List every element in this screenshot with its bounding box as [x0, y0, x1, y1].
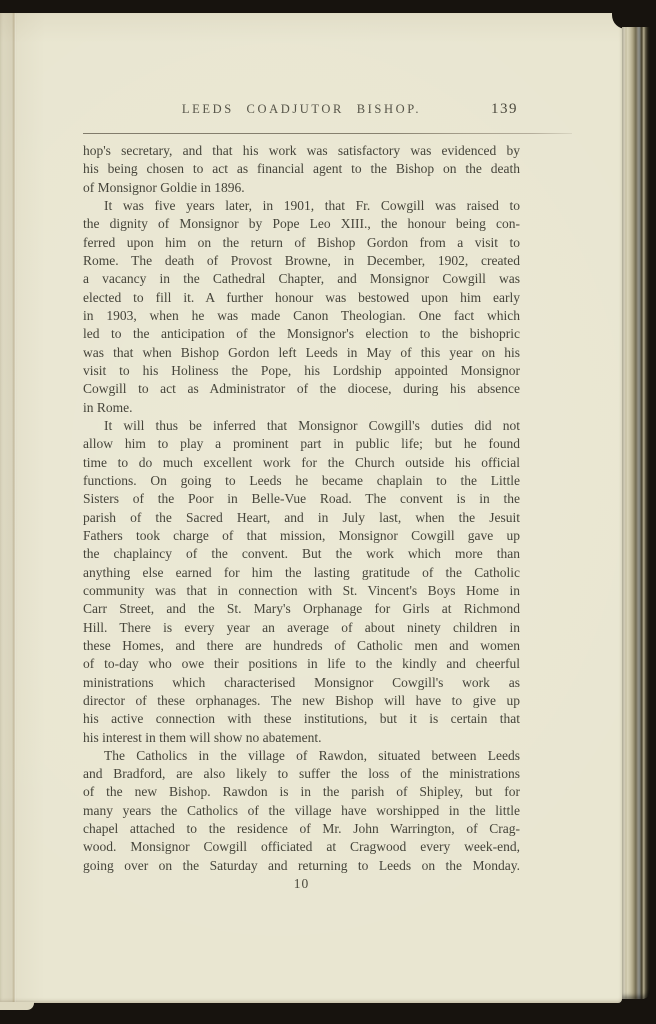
text-line: ferred upon him on the return of Bishop …: [83, 234, 520, 252]
text-line: Hill. There is every year an average of …: [83, 619, 520, 637]
text-line: of Monsignor Goldie in 1896.: [83, 179, 520, 197]
text-line: his active connection with these institu…: [83, 710, 520, 728]
text-line: the chaplaincy of the convent. But the w…: [83, 545, 520, 563]
page-text: hop's secretary, and that his work was s…: [83, 142, 520, 875]
under-page-edge: [0, 1002, 34, 1010]
text-line: Fathers took charge of that mission, Mon…: [83, 527, 520, 545]
text-line: and Bradford, are also likely to suffer …: [83, 765, 520, 783]
text-line: many years the Catholics of the village …: [83, 802, 520, 820]
text-line: anything else earned for him the lasting…: [83, 564, 520, 582]
text-line: wood. Monsignor Cowgill officiated at Cr…: [83, 838, 520, 856]
text-line: The Catholics in the village of Rawdon, …: [83, 747, 520, 765]
text-line: of the new Bishop. Rawdon is in the pari…: [83, 783, 520, 801]
text-line: It will thus be inferred that Monsignor …: [83, 417, 520, 435]
text-line: his being chosen to act as financial age…: [83, 160, 520, 178]
header-rule: [83, 133, 572, 134]
text-line: Carr Street, and the St. Mary's Orphanag…: [83, 600, 520, 618]
text-line: going over on the Saturday and returning…: [83, 857, 520, 875]
text-line: community was that in connection with St…: [83, 582, 520, 600]
text-line: these Homes, and there are hundreds of C…: [83, 637, 520, 655]
text-line: of to-day who owe their positions in lif…: [83, 655, 520, 673]
text-line: a vacancy in the Cathedral Chapter, and …: [83, 270, 520, 288]
scan-background: { "page": { "header": { "title": "LEEDS …: [0, 0, 656, 1024]
signature-mark: 10: [83, 876, 520, 892]
text-line: visit to his Holiness the Pope, his Lord…: [83, 362, 520, 380]
text-line: was that when Bishop Gordon left Leeds i…: [83, 344, 520, 362]
text-line: It was five years later, in 1901, that F…: [83, 197, 520, 215]
text-line: led to the anticipation of the Monsignor…: [83, 325, 520, 343]
text-line: ministrations which characterised Monsig…: [83, 674, 520, 692]
text-line: time to do much excellent work for the C…: [83, 454, 520, 472]
text-line: in Rome.: [83, 399, 520, 417]
text-line: parish of the Sacred Heart, and in July …: [83, 509, 520, 527]
page-gutter-crease: [12, 13, 16, 1003]
text-line: Sisters of the Poor in Belle-Vue Road. T…: [83, 490, 520, 508]
text-line: his interest in them will show no abatem…: [83, 729, 520, 747]
text-line: elected to fill it. A further honour was…: [83, 289, 520, 307]
text-line: the dignity of Monsignor by Pope Leo XII…: [83, 215, 520, 233]
text-line: in 1903, when he was made Canon Theologi…: [83, 307, 520, 325]
text-line: chapel attached to the residence of Mr. …: [83, 820, 520, 838]
page-stack-edges: [622, 27, 650, 999]
text-line: hop's secretary, and that his work was s…: [83, 142, 520, 160]
text-line: functions. On going to Leeds he became c…: [83, 472, 520, 490]
page-number: 139: [491, 101, 518, 118]
running-head-title: LEEDS COADJUTOR BISHOP.: [83, 102, 520, 117]
text-line: Cowgill to act as Administrator of the d…: [83, 380, 520, 398]
text-line: Rome. The death of Provost Browne, in De…: [83, 252, 520, 270]
text-line: director of these orphanages. The new Bi…: [83, 692, 520, 710]
running-head: LEEDS COADJUTOR BISHOP. 139: [83, 102, 520, 120]
text-line: allow him to play a prominent part in pu…: [83, 435, 520, 453]
